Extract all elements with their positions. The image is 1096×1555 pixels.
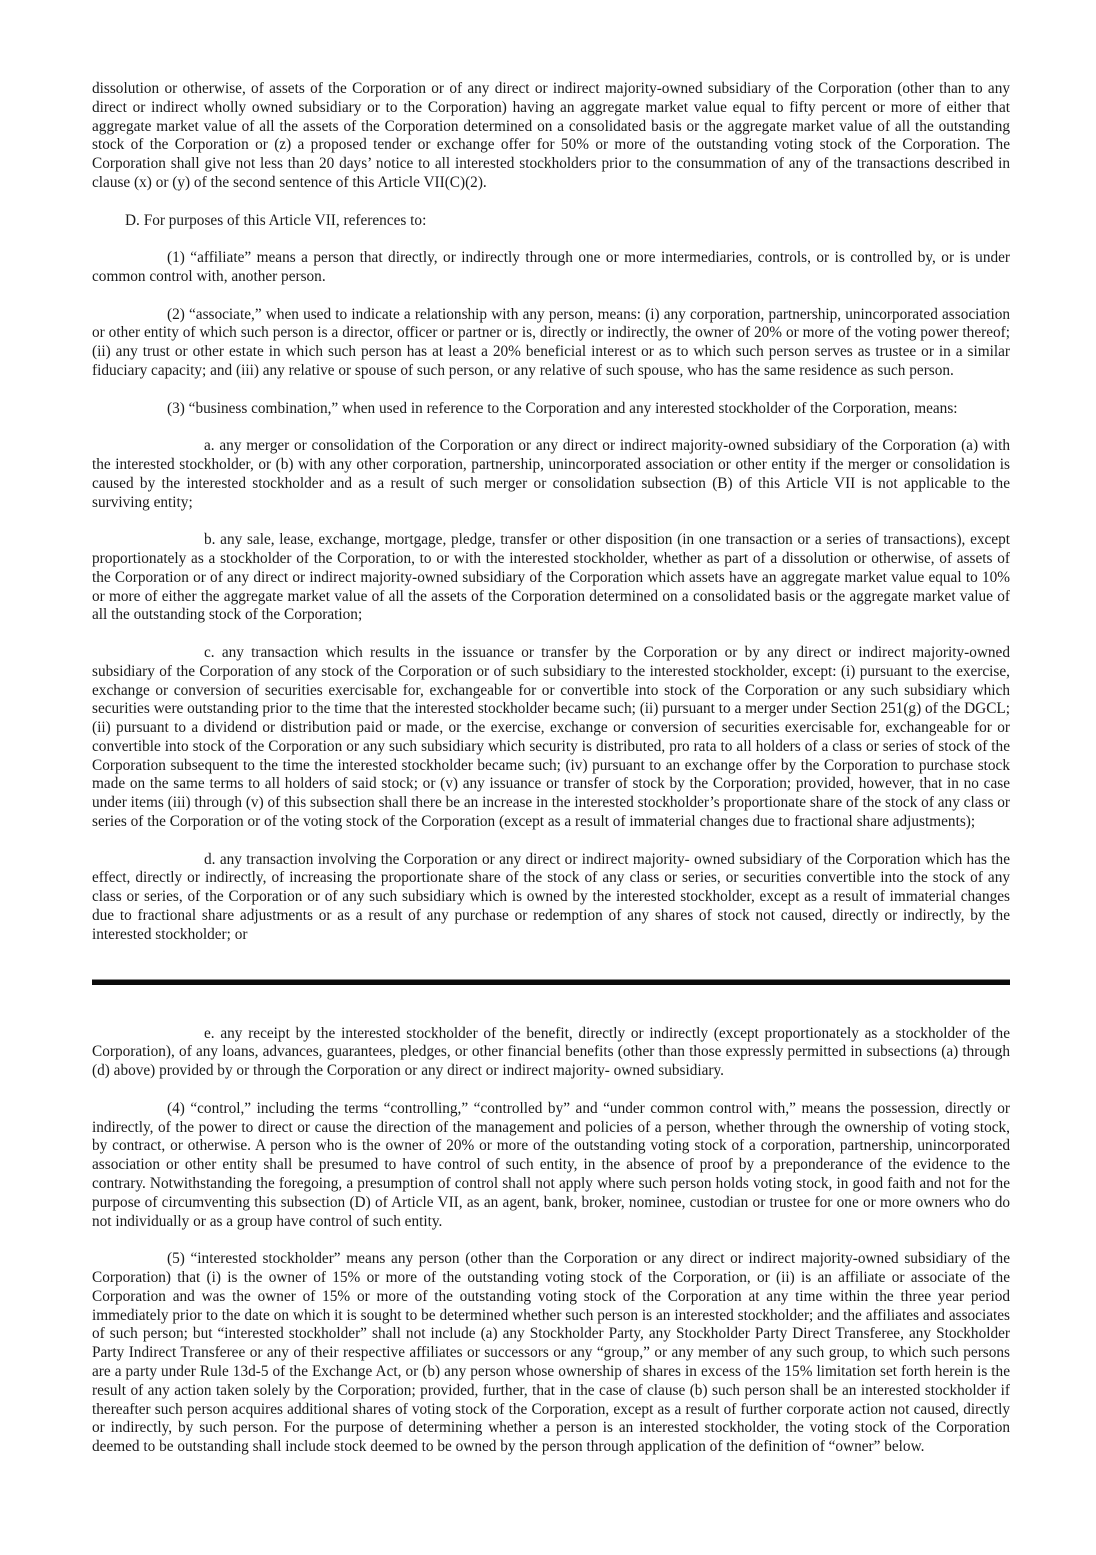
definition-affiliate: (1) “affiliate” means a person that dire… [92, 249, 1010, 287]
clause-c-issuance: c. any transaction which results in the … [92, 644, 1010, 832]
document-page: dissolution or otherwise, of assets of t… [0, 0, 1096, 1502]
definition-interested-stockholder: (5) “interested stockholder” means any p… [92, 1250, 1010, 1457]
section-d-intro: D. For purposes of this Article VII, ref… [92, 212, 1010, 231]
clause-a-merger: a. any merger or consolidation of the Co… [92, 437, 1010, 512]
definition-control: (4) “control,” including the terms “cont… [92, 1100, 1010, 1232]
clause-e-receipt: e. any receipt by the interested stockho… [92, 1025, 1010, 1081]
definition-business-combination: (3) “business combination,” when used in… [92, 400, 1010, 419]
page-divider [92, 979, 1010, 985]
clause-d-proportionate: d. any transaction involving the Corpora… [92, 851, 1010, 945]
continuation-paragraph: dissolution or otherwise, of assets of t… [92, 80, 1010, 193]
definition-associate: (2) “associate,” when used to indicate a… [92, 306, 1010, 381]
clause-b-sale: b. any sale, lease, exchange, mortgage, … [92, 531, 1010, 625]
